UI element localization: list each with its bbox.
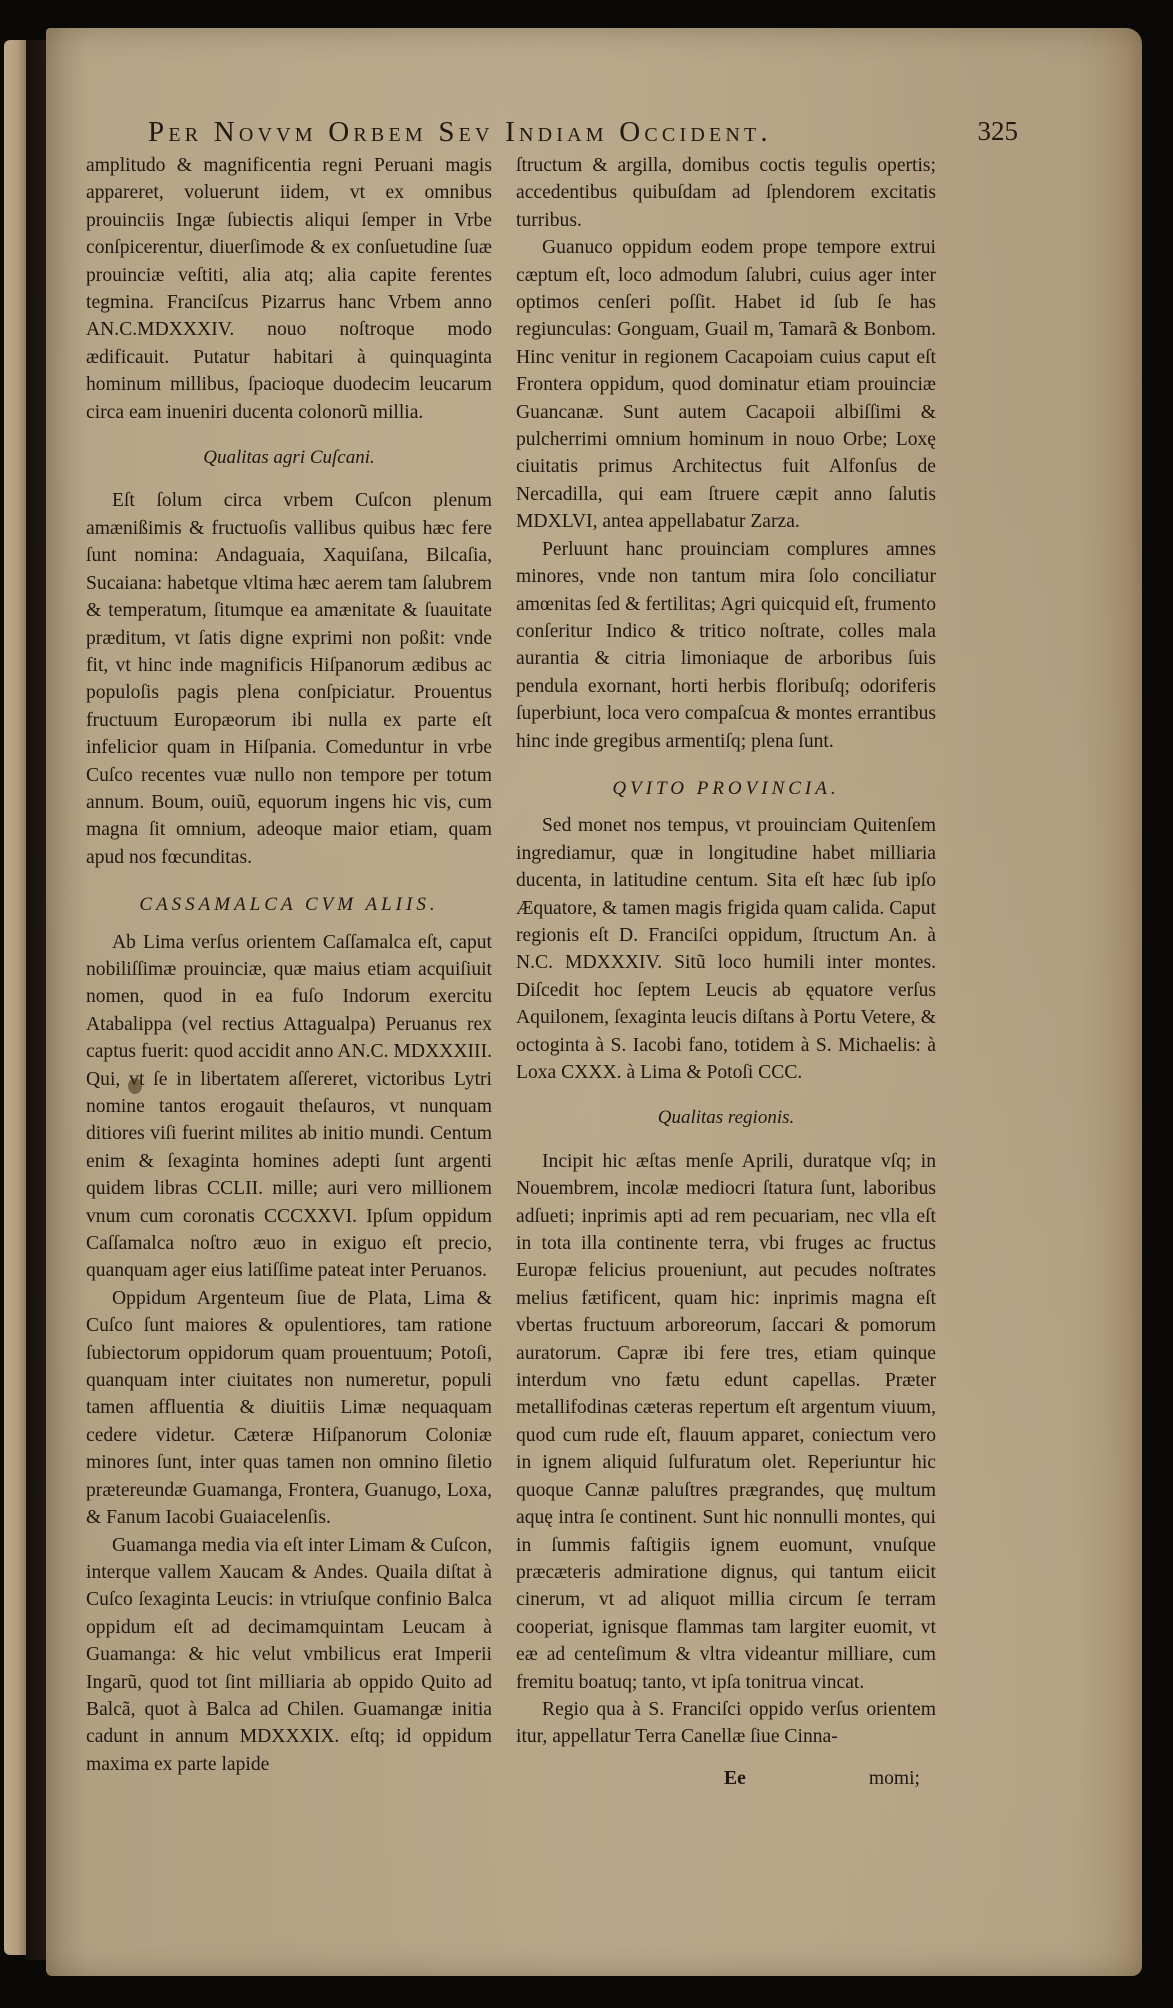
paragraph: Incipit hic æſtas menſe Aprili, duratque… <box>516 1148 936 1696</box>
left-column: amplitudo & magnificentia regni Peruani … <box>86 152 492 1778</box>
page-footer: Ee momi; <box>516 1768 936 1796</box>
catchword: momi; <box>869 1768 920 1790</box>
paragraph: Eſt ſolum circa vrbem Cuſcon plenum amæn… <box>86 487 492 871</box>
section-heading: CASSAMALCA CVM ALIIS. <box>86 891 492 918</box>
paragraph: Perluunt hanc prouinciam complures amnes… <box>516 536 936 755</box>
previous-page-edge <box>4 40 26 1955</box>
signature-mark: Ee <box>724 1768 746 1790</box>
paragraph: Regio qua à S. Franciſci oppido verſus o… <box>516 1696 936 1751</box>
section-heading: QVITO PROVINCIA. <box>516 775 936 802</box>
ink-stain <box>128 1078 142 1094</box>
running-head: Per Novvm Orbem Sev Indiam Occident. 325 <box>148 116 1018 156</box>
paragraph: Ab Lima verſus orientem Caſſamalca eſt, … <box>86 929 492 1285</box>
paragraph: Guamanga media via eſt inter Limam & Cuſ… <box>86 1532 492 1779</box>
paragraph: Sed monet nos tempus, vt prouinciam Quit… <box>516 812 936 1086</box>
section-heading: Qualitas regionis. <box>516 1104 936 1131</box>
page-number: 325 <box>978 116 1019 147</box>
section-heading: Qualitas agri Cuſcani. <box>86 444 492 471</box>
paragraph: Oppidum Argenteum ſiue de Plata, Lima & … <box>86 1285 492 1532</box>
paragraph: Guanuco oppidum eodem prope tempore extr… <box>516 234 936 535</box>
right-column: ſtructum & argilla, domibus coctis tegul… <box>516 152 936 1751</box>
paragraph: ſtructum & argilla, domibus coctis tegul… <box>516 152 936 234</box>
paragraph: amplitudo & magnificentia regni Peruani … <box>86 152 492 426</box>
running-title: Per Novvm Orbem Sev Indiam Occident. <box>148 116 772 149</box>
